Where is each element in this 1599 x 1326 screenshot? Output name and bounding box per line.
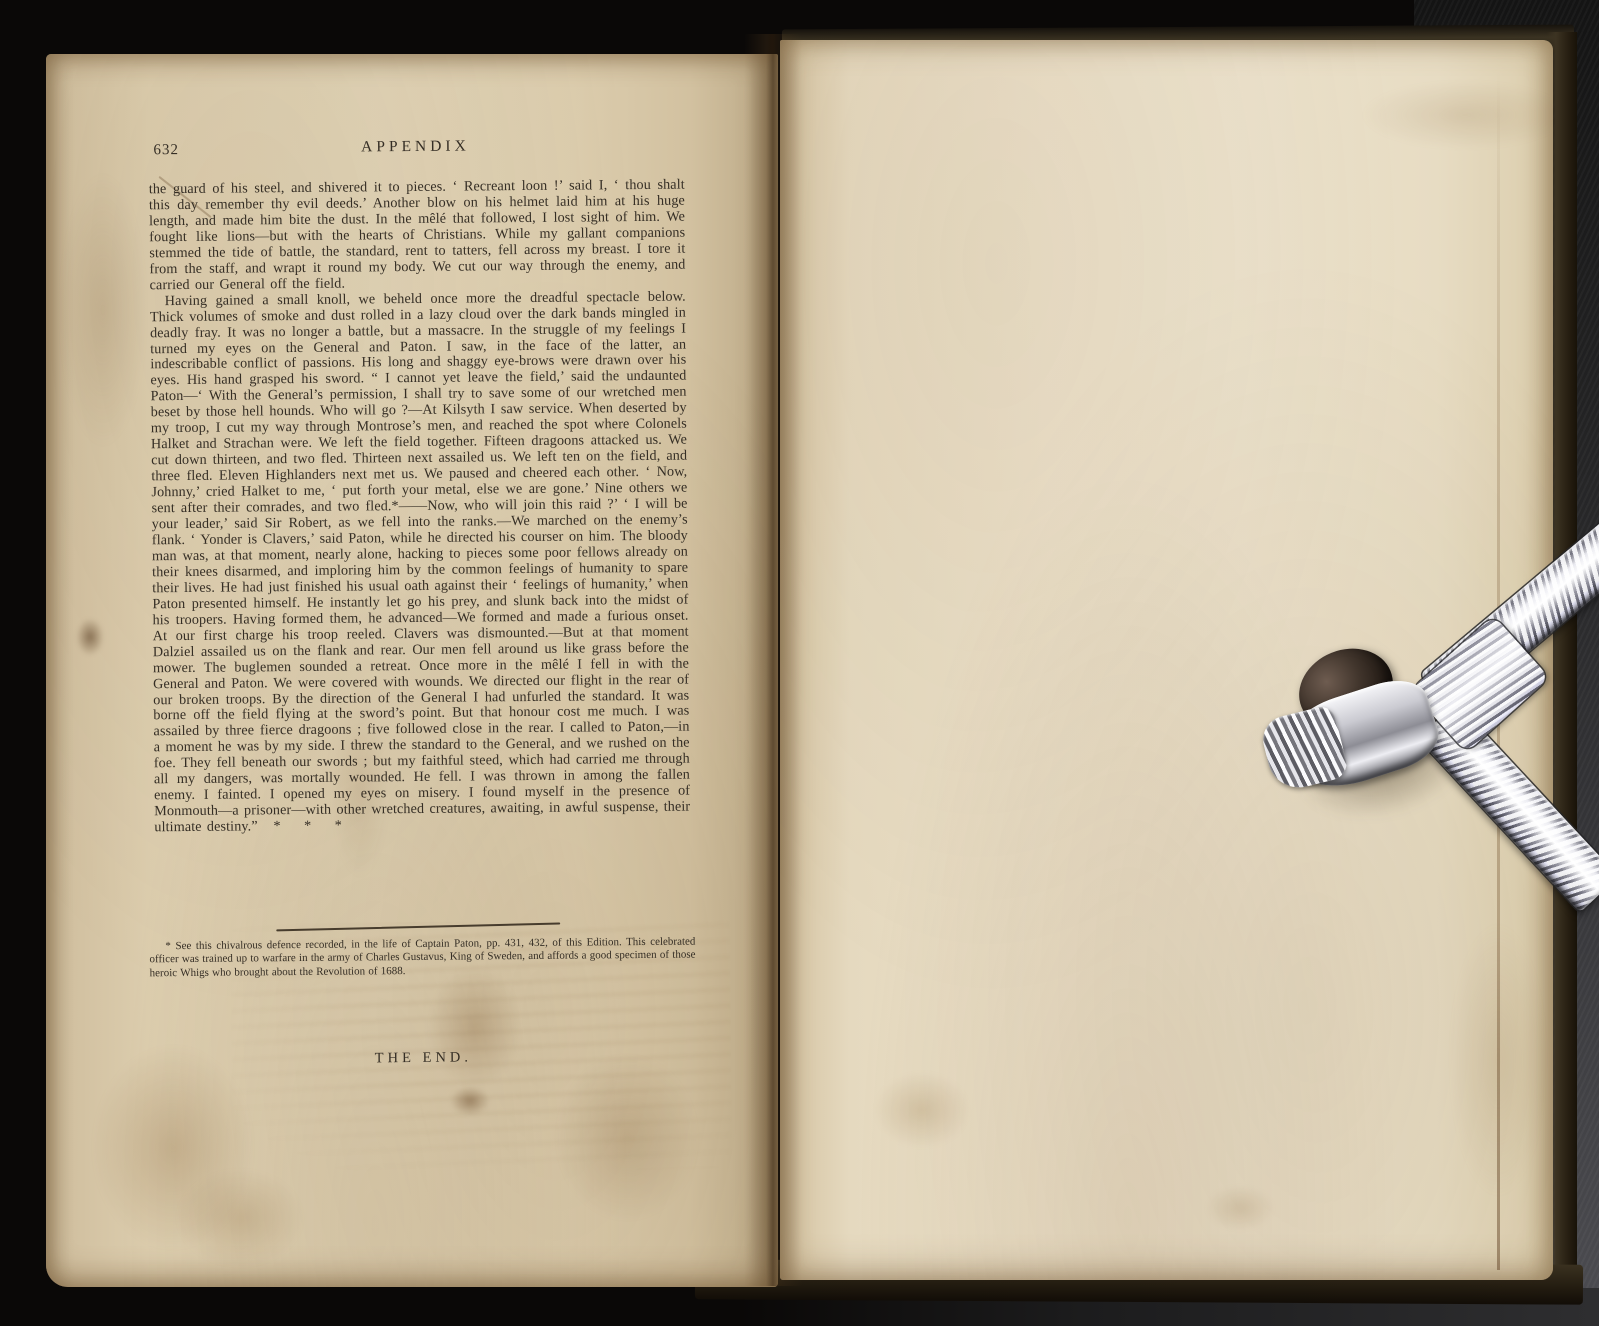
paragraph: the guard of his steel, and shivered it … — [149, 178, 686, 294]
paragraph-text: Having gained a small knoll, we beheld o… — [150, 288, 690, 835]
paragraph: Having gained a small knoll, we beheld o… — [150, 289, 691, 836]
left-page-content: 632 APPENDIX the guard of his steel, and… — [41, 51, 784, 1290]
body-text: the guard of his steel, and shivered it … — [149, 178, 691, 837]
running-head: APPENDIX — [148, 136, 682, 159]
the-end-label: THE END. — [156, 1048, 690, 1070]
footnote-rule — [276, 922, 560, 931]
footnote: * See this chivalrous defence recorded, … — [149, 936, 695, 981]
book-photograph: 632 APPENDIX the guard of his steel, and… — [0, 0, 1599, 1326]
section-end-asterisks: * * * — [273, 818, 342, 835]
